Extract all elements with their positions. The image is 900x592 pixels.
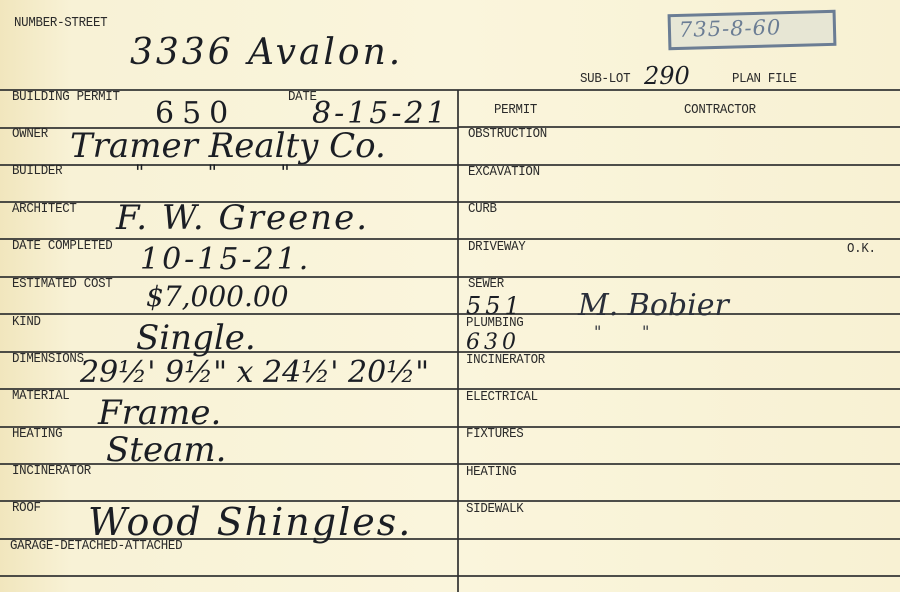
kind-value: Single. [136, 318, 256, 358]
rule-line [0, 276, 900, 278]
estimated-cost-value: $7,000.00 [146, 280, 289, 313]
architect-label: ARCHITECT [12, 202, 77, 217]
plan-file-label: PLAN FILE [732, 72, 797, 87]
rule-line [0, 313, 900, 315]
sub-lot-label: SUB-LOT [580, 72, 630, 87]
permit-row-sewer: SEWER [468, 277, 504, 292]
contractor-header: CONTRACTOR [684, 103, 756, 118]
building-permit-label: BUILDING PERMIT [12, 90, 120, 105]
permit-row-electrical: ELECTRICAL [466, 390, 538, 405]
architect-value: F. W. Greene. [116, 198, 369, 238]
permit-row-excavation: EXCAVATION [468, 165, 540, 180]
permit-header: PERMIT [494, 103, 537, 118]
incinerator-label: INCINERATOR [12, 464, 91, 479]
heating-value: Steam. [106, 430, 226, 470]
garage-label: GARAGE-DETACHED-ATTACHED [10, 539, 182, 554]
sewer-contractor: M. Bobier [578, 288, 729, 323]
address-value: 3336 Avalon. [130, 32, 403, 73]
permit-row-sidewalk: SIDEWALK [466, 502, 523, 517]
rule-line [0, 89, 900, 91]
heating-label: HEATING [12, 427, 62, 442]
owner-label: OWNER [12, 127, 48, 142]
plumbing-permit-number: 630 [466, 330, 520, 355]
roof-label: ROOF [12, 501, 41, 516]
material-label: MATERIAL [12, 389, 69, 404]
rule-line [0, 238, 900, 240]
rule-line [0, 351, 900, 353]
file-number-stamp: 735-8-60 [668, 10, 837, 50]
permit-row-driveway: DRIVEWAY [468, 240, 525, 255]
rule-line [0, 575, 900, 577]
builder-value: " " " [135, 160, 290, 184]
material-value: Frame. [98, 393, 221, 433]
permit-row-obstruction: OBSTRUCTION [468, 127, 547, 142]
date-completed-value: 10-15-21. [140, 242, 311, 277]
kind-label: KIND [12, 315, 41, 330]
permit-row-plumbing: PLUMBING [466, 316, 523, 331]
permit-row-fixtures: FIXTURES [466, 427, 523, 442]
dimensions-value: 29½' 9½" x 24½' 20½" [80, 355, 429, 390]
date-completed-label: DATE COMPLETED [12, 239, 112, 254]
stamp-text: 735-8-60 [679, 15, 782, 42]
dimensions-label: DIMENSIONS [12, 352, 84, 367]
permit-row-curb: CURB [468, 202, 497, 217]
permit-card: NUMBER-STREET 3336 Avalon. 735-8-60 SUB-… [0, 0, 900, 592]
builder-label: BUILDER [12, 164, 62, 179]
plumbing-contractor: " " [594, 322, 649, 341]
permit-row-incinerator: INCINERATOR [466, 353, 545, 368]
column-divider [457, 90, 459, 592]
permit-row-heating: HEATING [466, 465, 516, 480]
number-street-label: NUMBER-STREET [14, 16, 107, 31]
estimated-cost-label: ESTIMATED COST [12, 277, 112, 292]
driveway-note: O.K. [847, 242, 876, 257]
roof-value: Wood Shingles. [88, 500, 412, 544]
sub-lot-value: 290 [644, 62, 690, 90]
